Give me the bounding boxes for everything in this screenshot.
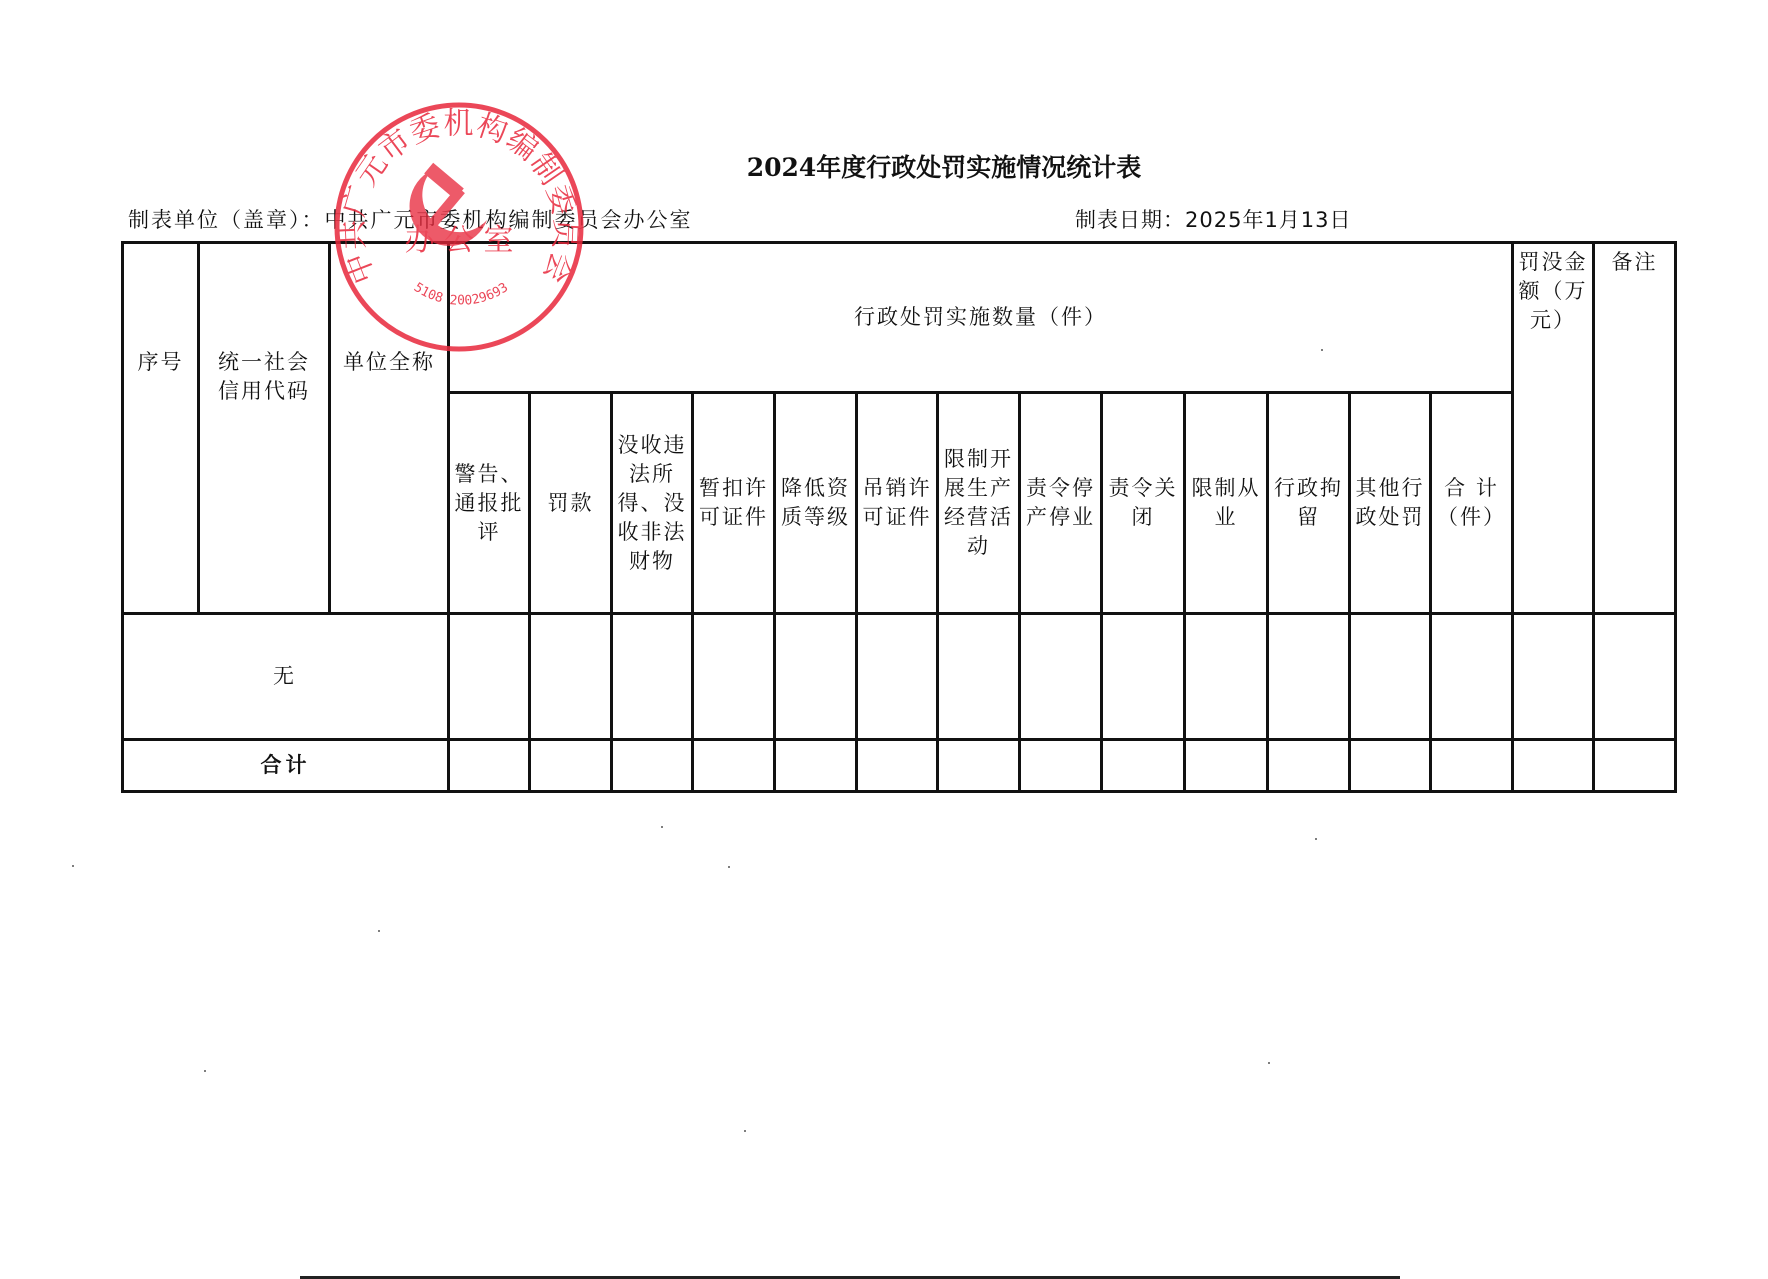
penalty-column-header: 行政拘留 <box>1268 393 1350 614</box>
count-cell <box>530 740 612 792</box>
header-row-1: 序号 统一社会信用代码 单位全称 行政处罚实施数量（件） 罚没金额（万元） 备注 <box>123 243 1676 393</box>
count-cell <box>1268 614 1350 740</box>
header-credit-code: 统一社会信用代码 <box>199 243 330 614</box>
data-row-label: 无 <box>123 614 449 740</box>
penalty-column-header: 罚款 <box>530 393 612 614</box>
penalty-column-header: 没收违法所得、没收非法财物 <box>612 393 693 614</box>
preparing-unit: 制表单位（盖章）：中共广元市委机构编制委员会办公室 <box>128 204 693 234</box>
count-cell <box>1020 740 1102 792</box>
count-cell <box>1020 614 1102 740</box>
count-cell <box>693 614 775 740</box>
header-seq: 序号 <box>123 243 199 614</box>
header-unit-name: 单位全称 <box>330 243 449 614</box>
penalty-column-header: 责令关闭 <box>1102 393 1185 614</box>
count-cell <box>449 614 530 740</box>
penalty-column-header: 责令停产停业 <box>1020 393 1102 614</box>
total-row: 合计 <box>123 740 1676 792</box>
amount-cell <box>1513 614 1594 740</box>
total-row-label: 合计 <box>123 740 449 792</box>
count-cell <box>1431 614 1513 740</box>
preparation-date-label: 制表日期： <box>1075 208 1185 232</box>
count-cell <box>938 740 1020 792</box>
count-cell <box>693 740 775 792</box>
preparation-date: 制表日期：2025年1月13日 <box>1075 204 1352 234</box>
remarks-cell <box>1594 740 1676 792</box>
penalty-column-header: 限制从业 <box>1185 393 1268 614</box>
preparing-unit-label: 制表单位（盖章）： <box>128 208 325 232</box>
count-cell <box>775 614 857 740</box>
penalty-column-header: 警告、通报批评 <box>449 393 530 614</box>
count-cell <box>612 614 693 740</box>
count-cell <box>1185 614 1268 740</box>
count-cell <box>775 740 857 792</box>
data-row: 无 <box>123 614 1676 740</box>
penalty-column-header: 其他行政处罚 <box>1350 393 1431 614</box>
count-cell <box>857 740 938 792</box>
preparation-date-value: 2025年1月13日 <box>1185 208 1352 232</box>
penalty-column-header: 限制开展生产经营活动 <box>938 393 1020 614</box>
count-cell <box>530 614 612 740</box>
count-cell <box>1102 614 1185 740</box>
penalty-column-header: 合 计（件） <box>1431 393 1513 614</box>
header-remarks: 备注 <box>1594 243 1676 614</box>
count-cell <box>1268 740 1350 792</box>
remarks-cell <box>1594 614 1676 740</box>
amount-cell <box>1513 740 1594 792</box>
penalty-column-header: 吊销许可证件 <box>857 393 938 614</box>
count-cell <box>1350 740 1431 792</box>
count-cell <box>1350 614 1431 740</box>
penalty-column-header: 降低资质等级 <box>775 393 857 614</box>
header-count-group: 行政处罚实施数量（件） <box>449 243 1513 393</box>
count-cell <box>449 740 530 792</box>
penalty-column-header: 暂扣许可证件 <box>693 393 775 614</box>
document-title: 2024年度行政处罚实施情况统计表 <box>0 148 1768 184</box>
count-cell <box>857 614 938 740</box>
count-cell <box>1431 740 1513 792</box>
preparing-unit-value: 中共广元市委机构编制委员会办公室 <box>325 208 693 232</box>
count-cell <box>938 614 1020 740</box>
count-cell <box>612 740 693 792</box>
header-amount: 罚没金额（万元） <box>1513 243 1594 614</box>
count-cell <box>1102 740 1185 792</box>
count-cell <box>1185 740 1268 792</box>
penalty-statistics-table: 序号 统一社会信用代码 单位全称 行政处罚实施数量（件） 罚没金额（万元） 备注… <box>121 241 1677 793</box>
